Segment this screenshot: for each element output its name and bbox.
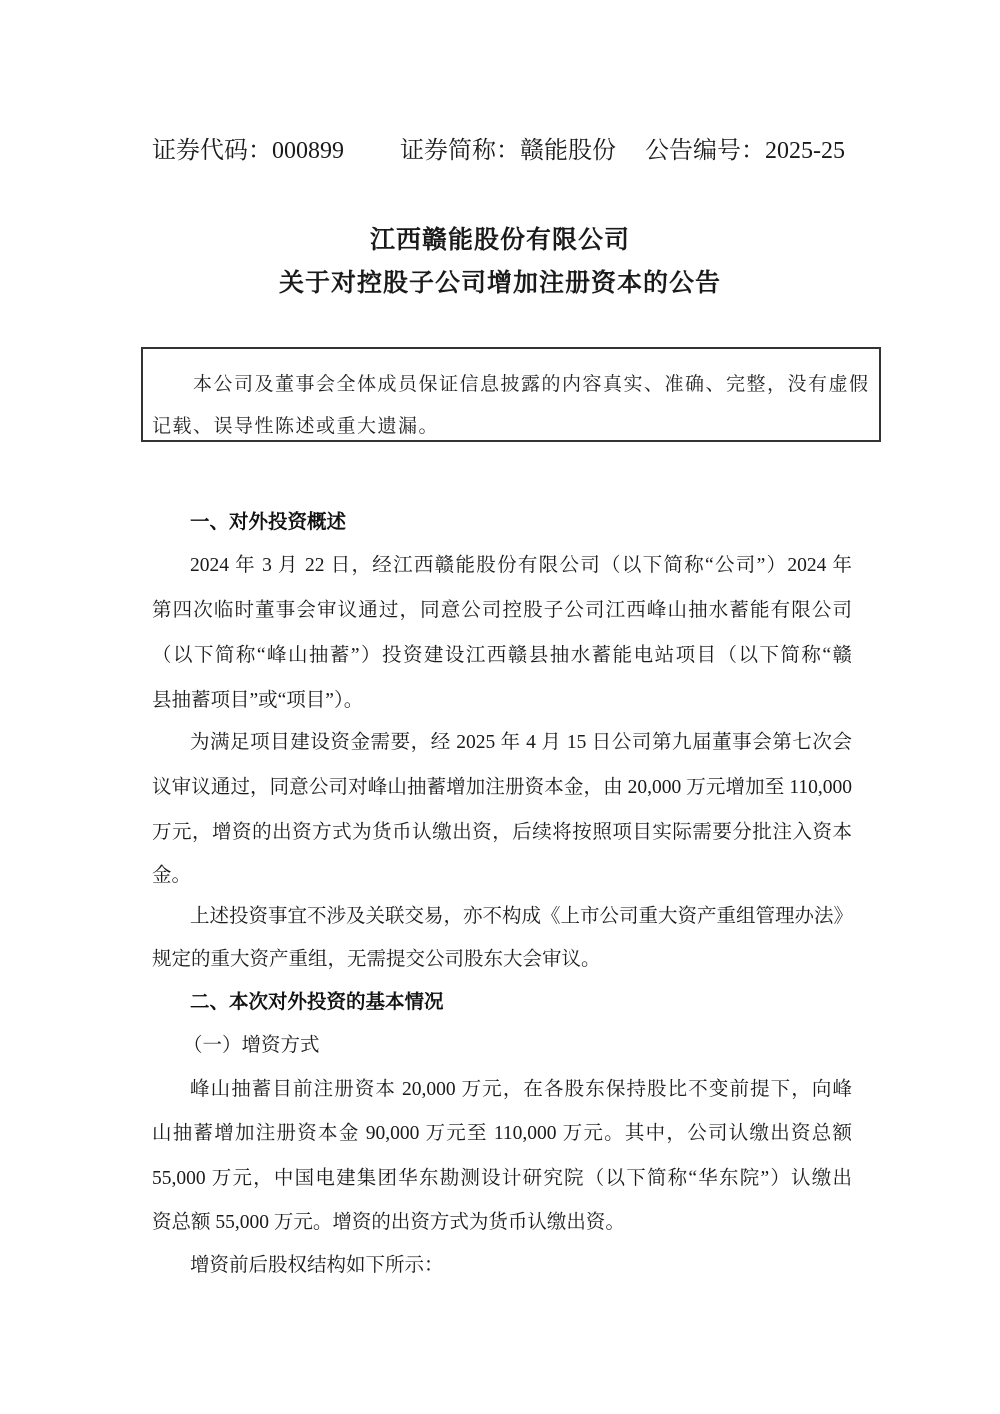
security-code: 证券代码：000899 <box>152 133 344 169</box>
announcement-page: 证券代码：000899 证券简称：赣能股份 公告编号：2025-25 江西赣能股… <box>0 0 1000 1414</box>
section-heading: 二、本次对外投资的基本情况 <box>190 986 444 1014</box>
paragraph-line: 议审议通过，同意公司对峰山抽蓄增加注册资本金，由 20,000 万元增加至 11… <box>152 771 852 799</box>
paragraph-line: 55,000 万元，中国电建集团华东勘测设计研究院（以下简称“华东院”）认缴出 <box>152 1162 852 1190</box>
notice-line: 本公司及董事会全体成员保证信息披露的内容真实、准确、完整，没有虚假 <box>193 369 870 396</box>
notice-line: 记载、误导性陈述或重大遗漏。 <box>152 411 439 438</box>
paragraph-line: 金。 <box>152 859 852 887</box>
paragraph-line: 山抽蓄增加注册资本金 90,000 万元至 110,000 万元。其中，公司认缴… <box>152 1117 852 1145</box>
paragraph-line: 峰山抽蓄目前注册资本 20,000 万元，在各股东保持股比不变前提下，向峰 <box>190 1073 852 1101</box>
paragraph-line: （以下简称“峰山抽蓄”）投资建设江西赣县抽水蓄能电站项目（以下简称“赣 <box>152 639 852 667</box>
paragraph-line: 为满足项目建设资金需要，经 2025 年 4 月 15 日公司第九届董事会第七次… <box>190 726 852 754</box>
paragraph-line: 万元，增资的出资方式为货币认缴出资，后续将按照项目实际需要分批注入资本 <box>152 816 852 844</box>
announcement-number: 公告编号：2025-25 <box>645 133 845 169</box>
subsection-heading: （一）增资方式 <box>183 1029 320 1057</box>
paragraph-line: 规定的重大资产重组，无需提交公司股东大会审议。 <box>152 943 852 971</box>
section-heading: 一、对外投资概述 <box>190 506 346 534</box>
security-abbreviation: 证券简称：赣能股份 <box>400 133 616 169</box>
company-title: 江西赣能股份有限公司 <box>0 223 1000 257</box>
paragraph-line: 上述投资事宜不涉及关联交易，亦不构成《上市公司重大资产重组管理办法》 <box>190 900 852 928</box>
paragraph-line: 资总额 55,000 万元。增资的出资方式为货币认缴出资。 <box>152 1206 852 1234</box>
paragraph-line: 增资前后股权结构如下所示： <box>190 1249 890 1277</box>
paragraph-line: 县抽蓄项目”或“项目”）。 <box>152 684 852 712</box>
paragraph-line: 2024 年 3 月 22 日，经江西赣能股份有限公司（以下简称“公司”）202… <box>190 549 852 577</box>
disclosure-notice-box: 本公司及董事会全体成员保证信息披露的内容真实、准确、完整，没有虚假 记载、误导性… <box>141 347 881 442</box>
announcement-title: 关于对控股子公司增加注册资本的公告 <box>0 265 1000 301</box>
paragraph-line: 第四次临时董事会审议通过，同意公司控股子公司江西峰山抽水蓄能有限公司 <box>152 594 852 622</box>
document-header: 证券代码：000899 证券简称：赣能股份 公告编号：2025-25 <box>152 133 852 169</box>
